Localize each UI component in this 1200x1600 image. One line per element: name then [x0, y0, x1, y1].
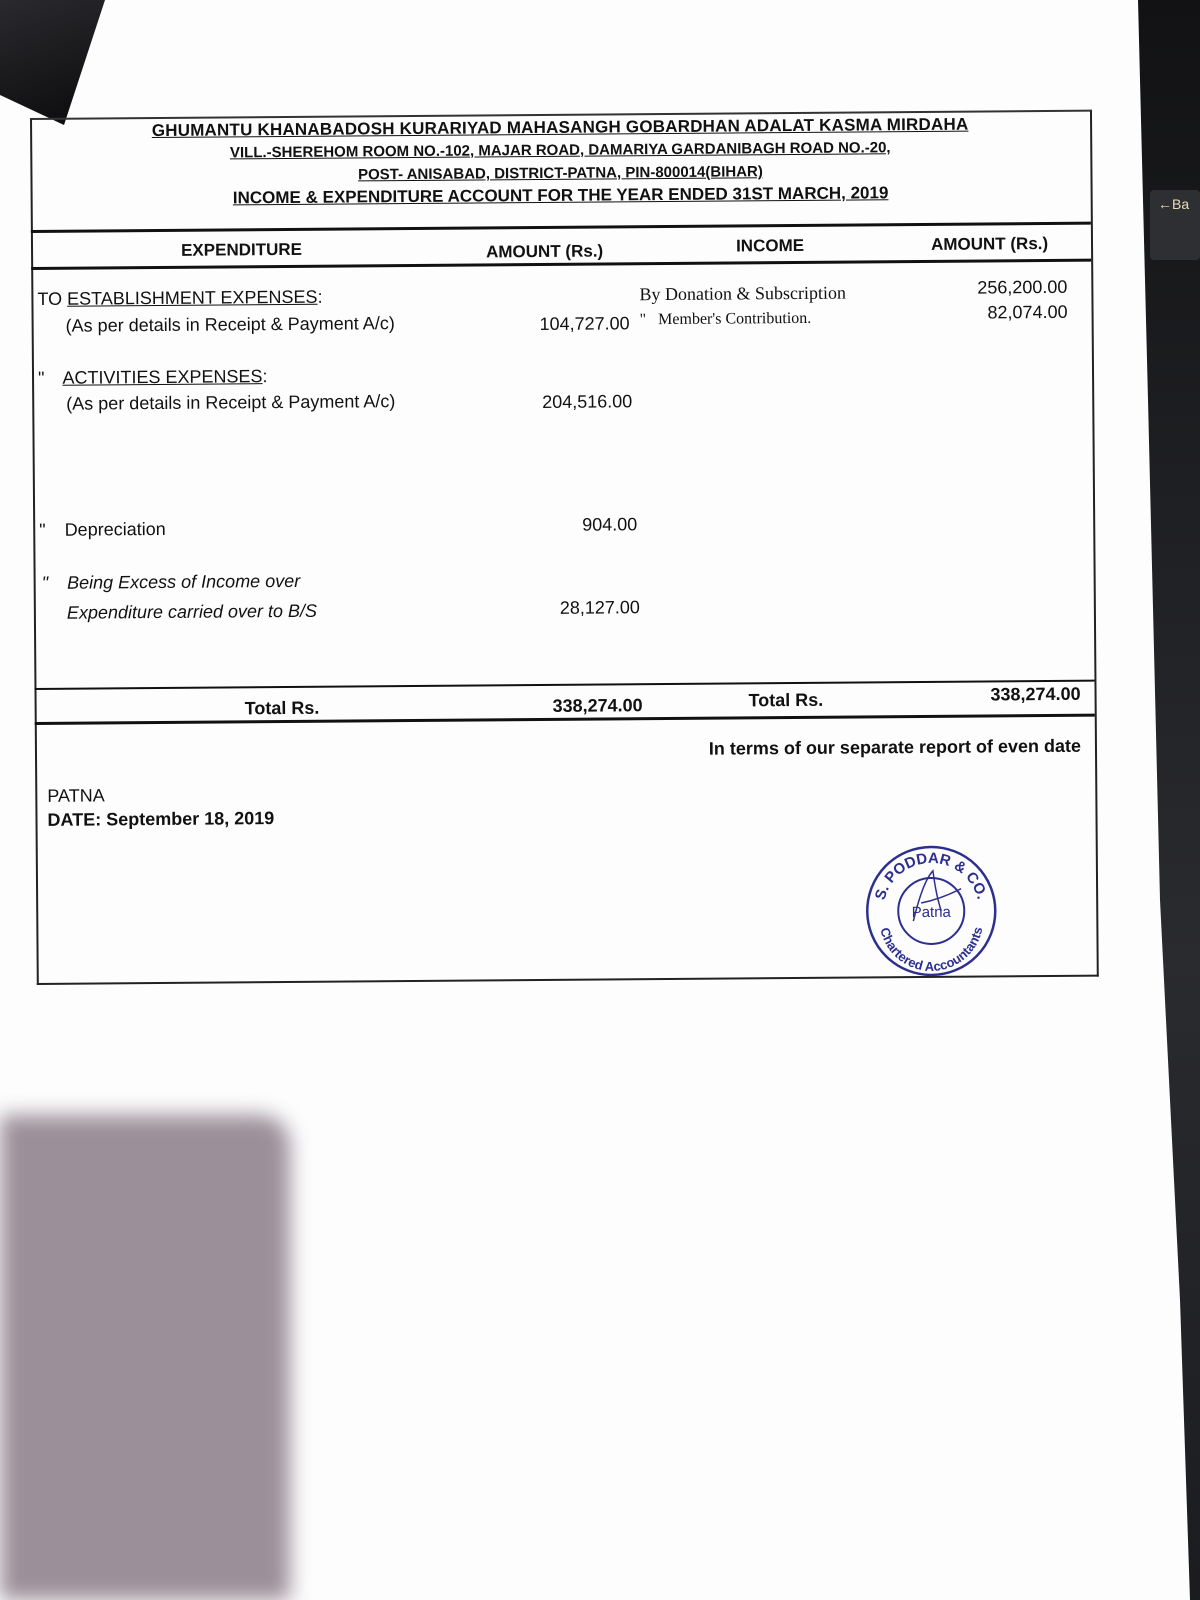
expenditure-total-amount: 338,274.00	[552, 695, 642, 717]
expenditure-row-establishment-amount: 104,727.00	[539, 313, 629, 335]
stamp-top-text: S. PODDAR & CO.	[871, 849, 990, 902]
expenditure-row-depreciation-amount: 904.00	[582, 514, 637, 535]
expenditure-row-establishment: TO ESTABLISHMENT EXPENSES:	[37, 287, 322, 310]
place: PATNA	[47, 785, 105, 806]
income-expenditure-statement: GHUMANTU KHANABADOSH KURARIYAD MAHASANGH…	[30, 110, 1097, 983]
col-income: INCOME	[736, 236, 804, 257]
expenditure-row-depreciation: " Depreciation	[39, 519, 166, 541]
expenditure-row-activities: " ACTIVITIES EXPENSES:	[38, 366, 268, 389]
report-note: In terms of our separate report of even …	[709, 736, 1081, 760]
svg-text:Chartered Accountants: Chartered Accountants	[877, 925, 986, 975]
row-prefix: TO	[37, 289, 62, 309]
row-label: ESTABLISHMENT EXPENSES	[67, 287, 318, 309]
row-prefix: "	[39, 520, 46, 540]
row-label: Donation & Subscription	[665, 283, 846, 304]
col-expenditure: EXPENDITURE	[181, 240, 302, 261]
income-row-donation-amount: 256,200.00	[977, 277, 1067, 299]
expenditure-row-excess-amount: 28,127.00	[560, 597, 640, 619]
row-prefix: "	[640, 311, 647, 328]
expenditure-row-activities-detail: (As per details in Receipt & Payment A/c…	[66, 391, 395, 415]
expenditure-row-excess: " Being Excess of Income over	[42, 571, 301, 594]
col-expenditure-amount: AMOUNT (Rs.)	[486, 242, 603, 263]
row-suffix: :	[262, 366, 267, 386]
expenditure-row-establishment-detail: (As per details in Receipt & Payment A/c…	[66, 313, 395, 337]
row-label: Depreciation	[65, 519, 166, 540]
phone-shadow	[0, 1115, 290, 1600]
stamp-bottom-text: Chartered Accountants	[877, 925, 986, 975]
backspace-key: ←Ba	[1150, 190, 1200, 260]
svg-text:S. PODDAR & CO.: S. PODDAR & CO.	[871, 849, 990, 902]
col-income-amount: AMOUNT (Rs.)	[931, 234, 1048, 255]
row-label: ACTIVITIES EXPENSES	[62, 366, 262, 388]
backspace-key-label: Ba	[1172, 196, 1189, 212]
auditor-stamp: S. PODDAR & CO. Chartered Accountants Pa…	[861, 840, 1002, 981]
row-prefix: By	[639, 284, 660, 304]
income-total-amount: 338,274.00	[990, 684, 1080, 706]
row-label: Being Excess of Income over	[67, 571, 300, 593]
income-total-label: Total Rs.	[749, 690, 824, 712]
income-row-donation: By Donation & Subscription	[639, 283, 846, 306]
income-row-member-contribution: " Member's Contribution.	[640, 310, 812, 329]
expenditure-total-label: Total Rs.	[245, 698, 320, 720]
row-prefix: "	[38, 368, 45, 388]
statement-date: DATE: September 18, 2019	[47, 808, 274, 831]
row-prefix: "	[42, 573, 49, 593]
row-label: Member's Contribution.	[658, 310, 811, 328]
expenditure-row-excess-detail: Expenditure carried over to B/S	[67, 601, 317, 624]
row-suffix: :	[317, 287, 322, 307]
expenditure-row-activities-amount: 204,516.00	[542, 391, 632, 413]
income-row-member-contribution-amount: 82,074.00	[987, 302, 1067, 324]
